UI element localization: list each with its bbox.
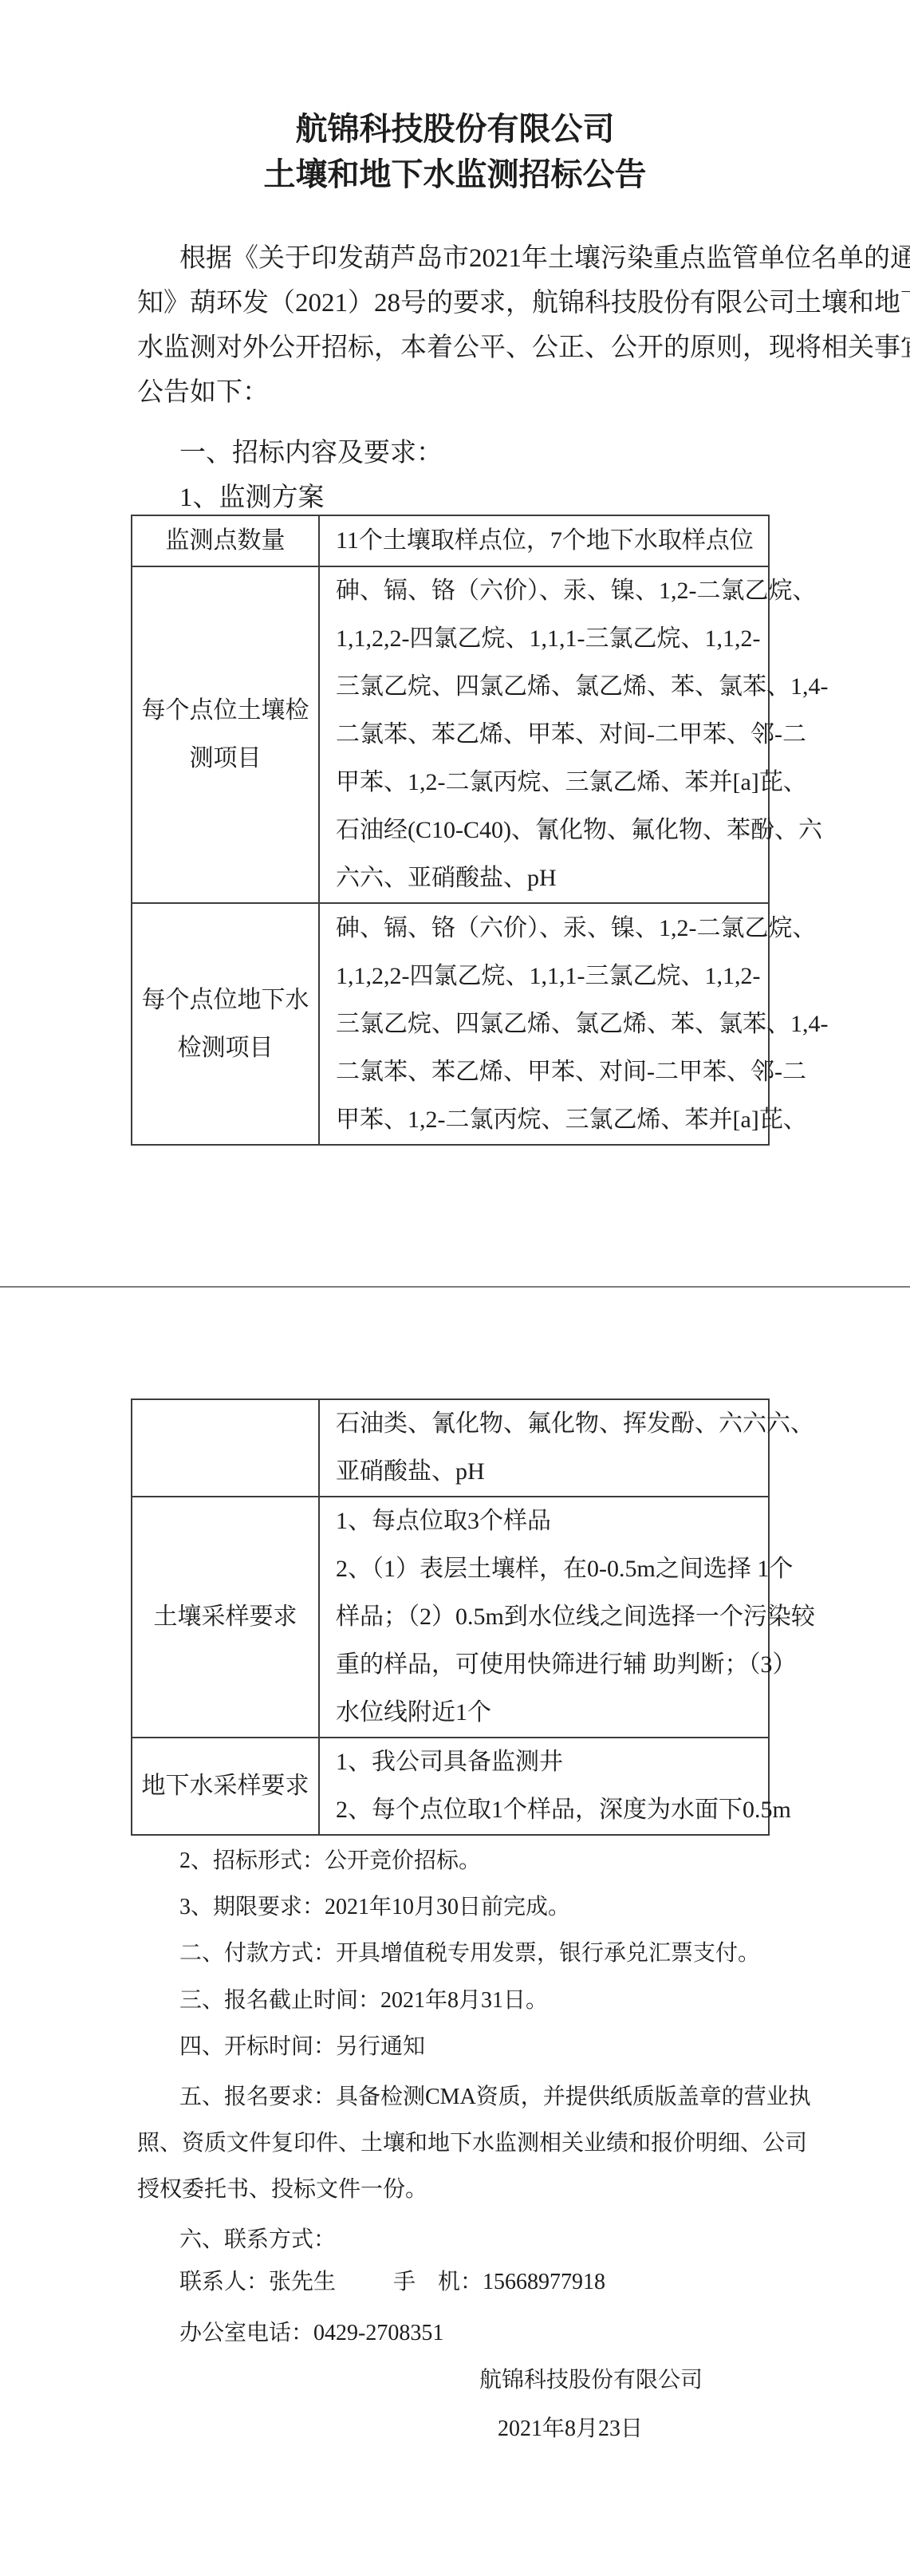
table-value-groundwater-sampling: 1、我公司具备监测井 2、每个点位取1个样品，深度为水面下0.5m [319,1738,769,1835]
office-phone: 办公室电话：0429-2708351 [179,2316,443,2351]
table-row: 石油类、氰化物、氟化物、挥发酚、六六六、 亚硝酸盐、pH [132,1399,769,1497]
table-label-groundwater-items: 每个点位地下水 检测项目 [132,903,319,1145]
intro-paragraph: 根据《关于印发葫芦岛市2021年土壤污染重点监管单位名单的通 知》葫环发（202… [137,236,783,415]
document-title-company: 航锦科技股份有限公司 [0,111,910,148]
closing-date: 2021年8月23日 [498,2412,643,2447]
table-value-groundwater-items: 砷、镉、铬（六价）、汞、镍、1,2-二氯乙烷、 1,1,2,2-四氯乙烷、1,1… [319,903,769,1145]
item-opening-time: 四、开标时间：另行通知 [137,2024,785,2070]
contact-phone: 手 机：15668977918 [393,2265,605,2300]
table-label-soil-items: 每个点位土壤检 测项目 [132,566,319,903]
table-row: 监测点数量 11个土壤取样点位，7个地下水取样点位 [132,515,769,566]
table-row: 每个点位土壤检 测项目 砷、镉、铬（六价）、汞、镍、1,2-二氯乙烷、 1,1,… [132,566,769,903]
contact-person: 联系人：张先生 [179,2265,336,2300]
document-page: 航锦科技股份有限公司 土壤和地下水监测招标公告 根据《关于印发葫芦岛市2021年… [0,0,910,2576]
item-signup-requirement: 五、报名要求：具备检测CMA资质，并提供纸质版盖章的营业执 照、资质文件复印件、… [137,2074,785,2213]
monitoring-plan-table-page2: 石油类、氰化物、氟化物、挥发酚、六六六、 亚硝酸盐、pH 土壤采样要求 1、每点… [131,1398,770,1836]
table-row: 土壤采样要求 1、每点位取3个样品 2、（1）表层土壤样，在0-0.5m之间选择… [132,1497,769,1738]
table-value-point-count: 11个土壤取样点位，7个地下水取样点位 [319,515,769,566]
item-signup-deadline: 三、报名截止时间：2021年8月31日。 [137,1978,785,2024]
document-title-subject: 土壤和地下水监测招标公告 [0,156,910,193]
subsection-heading-monitoring-plan: 1、监测方案 [137,482,783,514]
table-label-groundwater-sampling: 地下水采样要求 [132,1738,319,1835]
item-bid-form: 2、招标形式：公开竞价招标。 [137,1838,785,1884]
item-contact-heading: 六、联系方式： [137,2217,785,2263]
item-deadline: 3、期限要求：2021年10月30日前完成。 [137,1884,785,1931]
section-heading-1: 一、招标内容及要求： [137,437,783,469]
closing-company-signature: 航锦科技股份有限公司 [479,2363,703,2398]
item-payment: 二、付款方式：开具增值税专用发票，银行承兑汇票支付。 [137,1931,785,1977]
table-value-soil-sampling: 1、每点位取3个样品 2、（1）表层土壤样，在0-0.5m之间选择 1个 样品；… [319,1497,769,1738]
table-value-soil-items: 砷、镉、铬（六价）、汞、镍、1,2-二氯乙烷、 1,1,2,2-四氯乙烷、1,1… [319,566,769,903]
table-row: 每个点位地下水 检测项目 砷、镉、铬（六价）、汞、镍、1,2-二氯乙烷、 1,1… [132,903,769,1145]
table-label-point-count: 监测点数量 [132,515,319,566]
table-row: 地下水采样要求 1、我公司具备监测井 2、每个点位取1个样品，深度为水面下0.5… [132,1738,769,1835]
table-label-empty [132,1399,319,1497]
monitoring-plan-table-page1: 监测点数量 11个土壤取样点位，7个地下水取样点位 每个点位土壤检 测项目 砷、… [131,515,770,1146]
table-value-groundwater-items-continued: 石油类、氰化物、氟化物、挥发酚、六六六、 亚硝酸盐、pH [319,1399,769,1497]
page-break-divider [0,1286,910,1288]
table-label-soil-sampling: 土壤采样要求 [132,1497,319,1738]
